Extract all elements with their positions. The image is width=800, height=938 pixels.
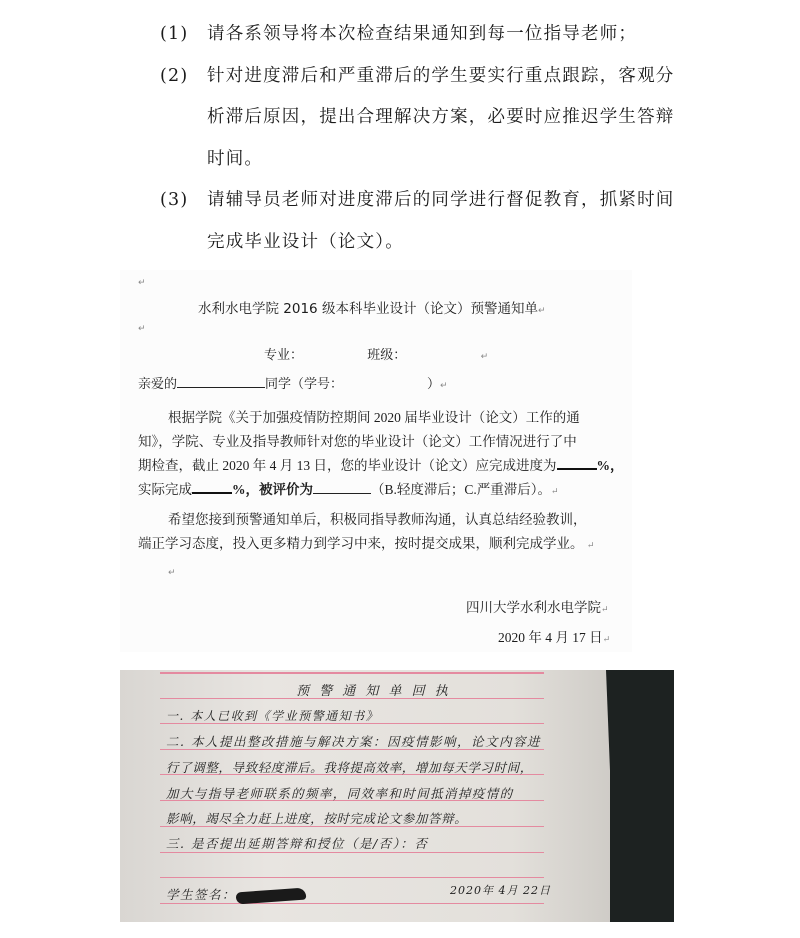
item-text: 析滞后原因，提出合理解决方案，必要时应推迟学生答辩	[207, 107, 675, 127]
item-number: (1)	[160, 24, 188, 44]
item-number: (3)	[160, 190, 188, 210]
greeting-line: 亲爱的同学（学号：）↵	[138, 373, 448, 392]
reply-line-2: 二. 本人提出整改措施与解决方案：因疫情影响，论文内容进	[166, 732, 541, 750]
redacted-signature	[236, 887, 307, 904]
lined-paper: 预 警 通 知 单 回 执 一. 本人已收到《学业预警通知书》 二. 本人提出整…	[120, 670, 610, 922]
item-text: 时间。	[207, 149, 263, 169]
paragraph-mark: ↵	[138, 278, 146, 288]
paragraph-mark: ↵	[138, 324, 146, 334]
item-number: (2)	[160, 66, 188, 86]
reply-line-1: 一. 本人已收到《学业预警通知书》	[166, 707, 379, 724]
reply-date: 2020年 4月 22日	[450, 882, 551, 898]
notice-paragraph-1-line-4: 实际完成%，被评价为（B.轻度滞后；C.严重滞后）。↵	[138, 478, 559, 498]
reply-line-3: 行了调整，导致轻度滞后。我将提高效率，增加每天学习时间，	[166, 758, 533, 776]
warning-notice-image: ↵ 水利水电学院 2016 级本科毕业设计（论文）预警通知单↵ ↵ 专业： 班级…	[120, 270, 632, 652]
paragraph-mark: ↵	[168, 568, 176, 578]
reply-line-5: 影响，竭尽全力赶上进度，按时完成论文参加答辩。	[166, 809, 467, 827]
notice-paragraph-2-line-1: 希望您接到预警通知单后，积极同指导教师沟通，认真总结经验教训，	[168, 508, 587, 528]
item-text: 针对进度滞后和严重滞后的学生要实行重点跟踪，客观分	[207, 66, 675, 86]
reply-line-4: 加大与指导老师联系的频率，同效率和时间抵消掉疫情的	[166, 784, 514, 802]
item-text: 请各系领导将本次检查结果通知到每一位指导老师；	[207, 24, 637, 44]
notice-paragraph-1-line-1: 根据学院《关于加强疫情防控期间 2020 届毕业设计（论文）工作的通	[168, 406, 580, 426]
reply-title: 预 警 通 知 单 回 执	[296, 680, 451, 699]
student-name-blank	[177, 375, 265, 388]
reply-line-6: 三. 是否提出延期答辩和授位（是/否）：否	[166, 834, 428, 852]
student-signature-line: 学生签名：	[166, 885, 306, 903]
notice-title: 水利水电学院 2016 级本科毕业设计（论文）预警通知单↵	[198, 297, 546, 317]
notice-paragraph-1-line-2: 知》，学院、专业及指导教师针对您的毕业设计（论文）工作情况进行了中	[138, 430, 577, 450]
item-text: 请辅导员老师对进度滞后的同学进行督促教育，抓紧时间	[207, 190, 675, 210]
major-label: 专业：	[264, 348, 303, 363]
notice-paragraph-1-line-3: 期检查，截止 2020 年 4 月 13 日，您的毕业设计（论文）应完成进度为%…	[138, 454, 624, 474]
notice-date: 2020 年 4 月 17 日↵	[498, 626, 610, 646]
handwritten-reply-photo: 预 警 通 知 单 回 执 一. 本人已收到《学业预警通知书》 二. 本人提出整…	[120, 670, 674, 922]
item-text: 完成毕业设计（论文）。	[207, 232, 404, 252]
evaluation-blank	[313, 481, 371, 494]
class-label: 班级：	[367, 348, 406, 363]
expected-progress-blank	[557, 456, 597, 470]
notice-paragraph-2-line-2: 端正学习态度，投入更多精力到学习中来，按时提交成果，顺利完成学业。 ↵	[138, 532, 594, 552]
notice-signature: 四川大学水利水电学院↵	[466, 596, 609, 616]
major-class-line: 专业： 班级： ↵	[264, 344, 488, 363]
actual-progress-blank	[192, 480, 232, 494]
